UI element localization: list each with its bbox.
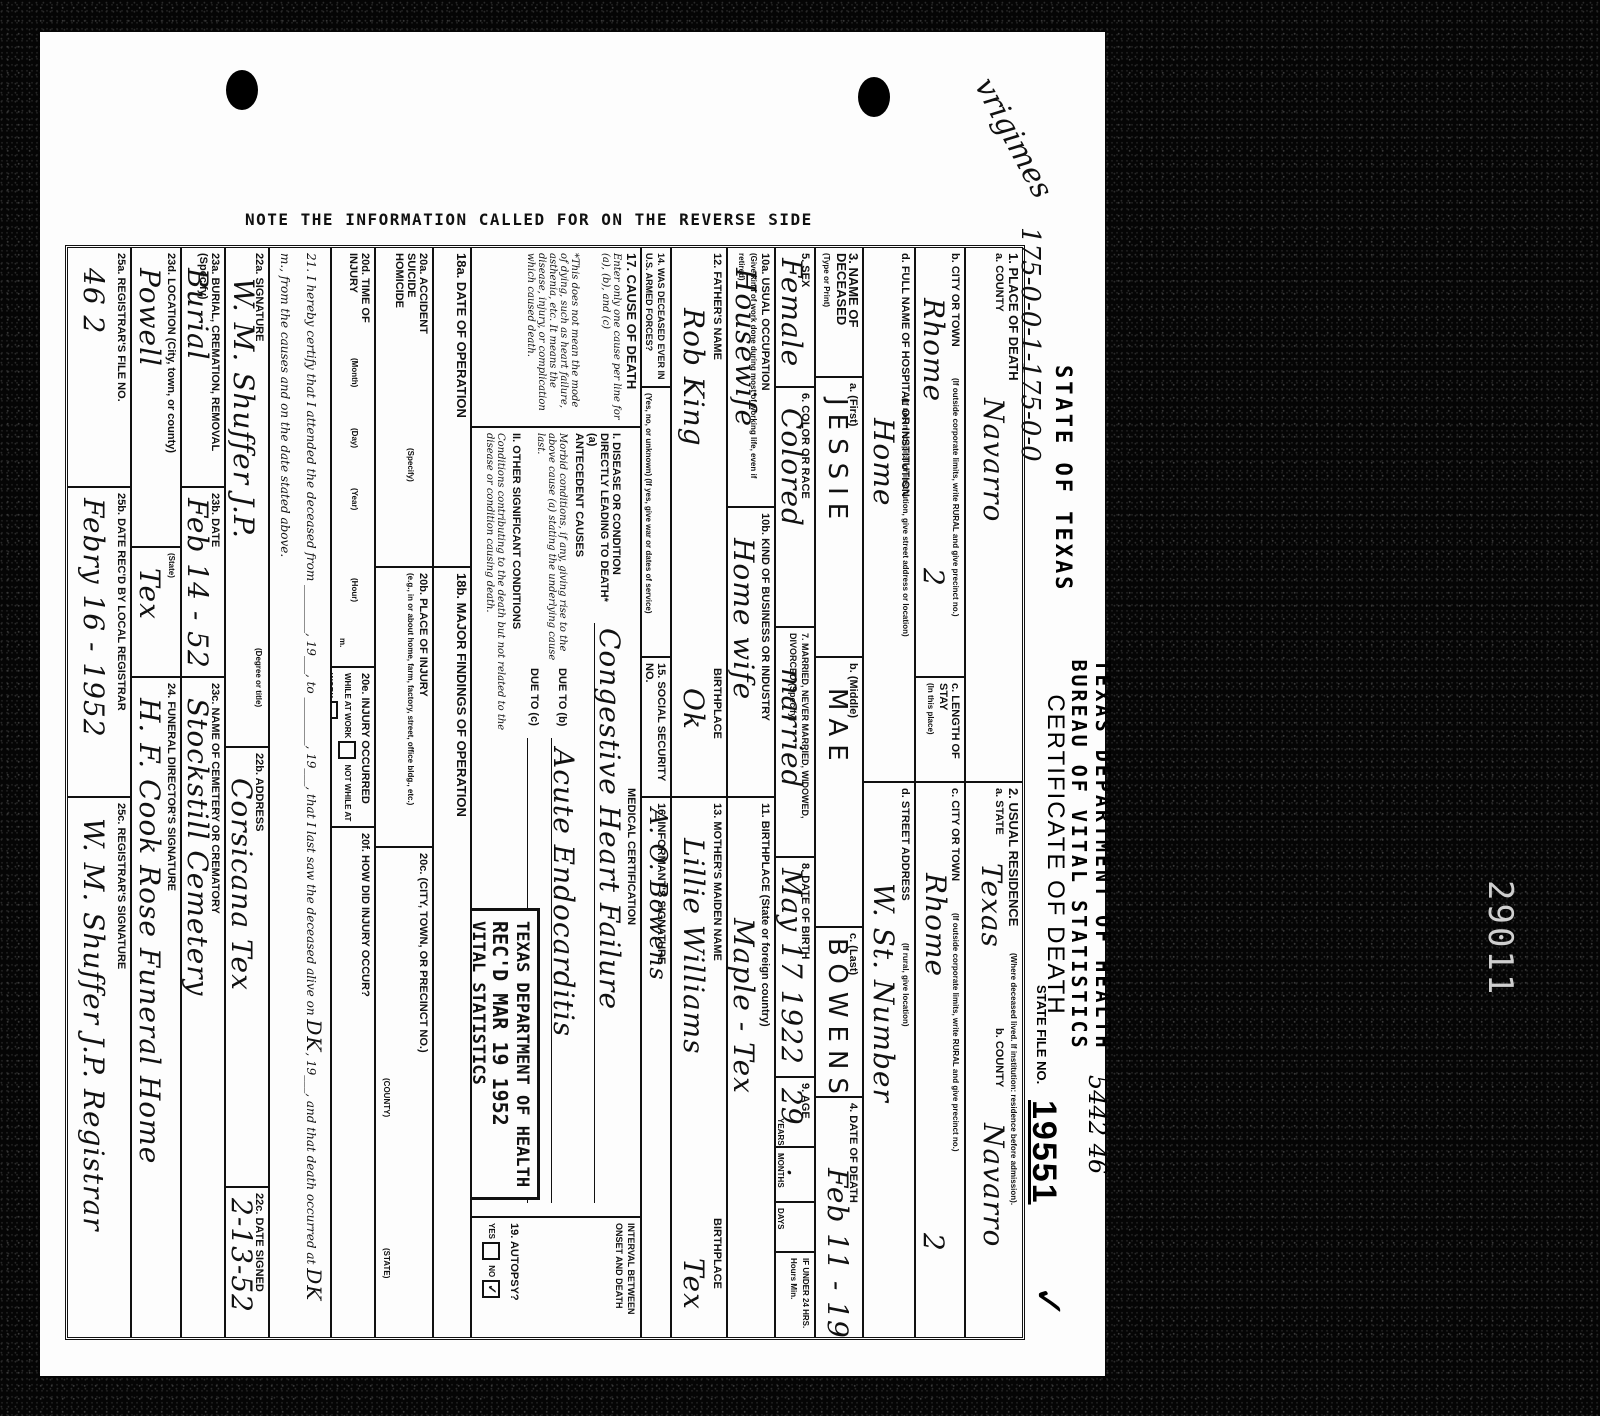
interval-label: INTERVAL BETWEEN ONSET AND DEATH xyxy=(613,1223,637,1338)
street-note: (If rural, give location) xyxy=(899,943,911,1027)
row-sex-race-dob: 5. SEX Female 6. COLOR OR RACE Colored 7… xyxy=(774,248,814,1337)
while-at-work-label: WHILE AT WORK xyxy=(343,673,352,738)
row-hospital-street: d. FULL NAME OF HOSPITAL OR INSTITUTION … xyxy=(862,248,914,1337)
due-to-c-label: DUE TO (c) xyxy=(528,668,540,726)
name-note: (Type or Print) xyxy=(820,253,832,307)
department-title: TEXAS DEPARTMENT OF HEALTH BUREAU OF VIT… xyxy=(1043,645,1115,1065)
row-city: b. CITY OR TOWN (If outside corporate li… xyxy=(914,248,964,1337)
ssn-label: 15. SOCIAL SECURITY NO. xyxy=(643,663,667,796)
street-value: W. St. Number xyxy=(867,883,900,1103)
age-under-24-label: IF UNDER 24 HRS. Hours Min. xyxy=(787,1258,811,1338)
state-file-number: 19551 xyxy=(1024,1100,1063,1205)
autopsy-options: YES NO✓ xyxy=(482,1223,500,1301)
dept-line-2: BUREAU OF VITAL STATISTICS xyxy=(1067,645,1091,1065)
death-county-value: Navarro xyxy=(977,398,1010,522)
injury-m-label: m. xyxy=(336,638,348,647)
registrar-signature-label: 25c. REGISTRAR'S SIGNATURE xyxy=(115,803,127,969)
punch-hole xyxy=(226,70,258,110)
operation-findings-label: 18b. MAJOR FINDINGS OF OPERATION xyxy=(455,573,467,817)
injury-month-label: (Month) xyxy=(348,358,360,387)
form-grid: 1. PLACE OF DEATH a. COUNTY Navarro 2. U… xyxy=(65,245,1025,1340)
antecedent-note: Morbid conditions, if any, giving rise t… xyxy=(535,433,568,663)
mother-birthplace-value: Tex xyxy=(677,1258,710,1310)
residence-precinct-value: 2 xyxy=(917,1233,950,1252)
sex-value: Female xyxy=(776,258,808,367)
injury-place-label: 20b. PLACE OF INJURY xyxy=(417,573,429,697)
injury-type-note: (Specify) xyxy=(404,448,416,482)
dept-line-1: TEXAS DEPARTMENT OF HEALTH xyxy=(1091,645,1115,1065)
name-label: 3. NAME OF DECEASED xyxy=(835,253,859,376)
mother-birthplace-label: BIRTHPLACE xyxy=(711,1218,723,1289)
burial-location-value: Powell xyxy=(133,268,166,367)
marital-value: married xyxy=(776,668,808,788)
business-label: 10b. KIND OF BUSINESS OR INDUSTRY xyxy=(759,513,771,721)
death-time-value: DK xyxy=(302,1268,326,1301)
residence-city-value: Rhome xyxy=(919,873,952,977)
registrar-signature: W. M. Shuffer J.P. Registrar xyxy=(77,818,110,1232)
registrar-date-label: 25b. DATE REC'D BY LOCAL REGISTRAR xyxy=(115,493,127,711)
injury-day-label: (Day) xyxy=(348,428,360,448)
length-of-stay-label: c. LENGTH OF STAY xyxy=(937,683,961,781)
death-city-label: b. CITY OR TOWN xyxy=(949,253,961,347)
while-at-work-checkbox[interactable] xyxy=(338,741,356,759)
usual-residence-label: 2. USUAL RESIDENCE xyxy=(1007,788,1019,926)
injury-county-label: (COUNTY) xyxy=(380,1078,392,1117)
injury-hour-label: (Hour) xyxy=(348,578,360,602)
registrar-file-label: 25a. REGISTRAR'S FILE NO. xyxy=(115,253,127,402)
place-of-death-label: 1. PLACE OF DEATH xyxy=(1007,253,1019,381)
burial-state-label: (State) xyxy=(165,553,177,578)
autopsy-no-checkbox-checked[interactable]: ✓ xyxy=(482,1280,500,1298)
stamp-line-3: VITAL STATISTICS xyxy=(472,921,489,1187)
row-place-residence-1: 1. PLACE OF DEATH a. COUNTY Navarro 2. U… xyxy=(964,248,1022,1337)
form-header: STATE OF TEXAS TEXAS DEPARTMENT OF HEALT… xyxy=(1027,245,1115,1340)
birthplace-value: Maple - Tex xyxy=(728,918,760,1094)
other-conditions-note: Conditions contributing to the death but… xyxy=(484,433,506,763)
mother-value: Lillie Williams xyxy=(677,838,710,1055)
residence-state-label: a. STATE xyxy=(993,788,1005,835)
antecedent-label: ANTECEDENT CAUSES xyxy=(573,433,585,557)
dob-value: May 17 1922 xyxy=(776,868,808,1065)
row-medical: 17. CAUSE OF DEATH Enter only one cause … xyxy=(470,248,640,1337)
row-injury-1: 20a. ACCIDENT SUICIDE HOMICIDE (Specify)… xyxy=(374,248,432,1337)
row-parents: 12. FATHER'S NAME Rob King BIRTHPLACE Ok… xyxy=(670,248,726,1337)
birthplace-label: 11. BIRTHPLACE (State or foreign country… xyxy=(759,803,771,1027)
row-operation: 18a. DATE OF OPERATION 18b. MAJOR FINDIN… xyxy=(432,248,470,1337)
cause-footnote: *This does not mean the mode of dying, s… xyxy=(525,253,580,418)
first-name-value: JESSIE xyxy=(822,398,852,527)
death-city-note: (If outside corporate limits, write RURA… xyxy=(949,378,961,617)
length-of-stay-note: (In this place) xyxy=(924,683,936,735)
punch-hole xyxy=(858,77,890,117)
certificate-form: STATE OF TEXAS TEXAS DEPARTMENT OF HEALT… xyxy=(65,245,1025,1340)
injury-time-label: 20d. TIME OF INJURY xyxy=(347,253,371,333)
not-while-at-work-checkbox[interactable] xyxy=(332,701,338,719)
checkmark: ✓ xyxy=(1025,1285,1071,1319)
father-birthplace-label: BIRTHPLACE xyxy=(711,668,723,739)
occupation-value: Housewife xyxy=(729,268,762,427)
injury-work-options: WHILE AT WORK NOT WHILE AT WORK xyxy=(332,673,356,826)
residence-county-label: b. COUNTY xyxy=(993,1028,1005,1087)
hospital-value: Home xyxy=(867,418,900,506)
informant-signature: A. O. Bowens xyxy=(644,808,670,981)
other-conditions-label: II. OTHER SIGNIFICANT CONDITIONS xyxy=(510,433,522,629)
residence-state-value: Texas xyxy=(975,863,1008,948)
operation-date-label: 18a. DATE OF OPERATION xyxy=(455,253,467,418)
injury-type-label: 20a. ACCIDENT SUICIDE HOMICIDE xyxy=(393,253,429,343)
burial-state-value: Tex xyxy=(133,568,166,620)
autopsy-yes-label: YES xyxy=(487,1223,496,1239)
age-months-value: . xyxy=(781,1168,814,1178)
last-name-value: BOWENS xyxy=(822,938,852,1098)
residence-county-value: Navarro xyxy=(977,1123,1010,1247)
physician-signature: W. M. Shuffer J.P. xyxy=(227,278,260,539)
row-name: 3. NAME OF DECEASED (Type or Print) a. (… xyxy=(814,248,862,1337)
burial-location-label: 23d. LOCATION (City, town, or county) xyxy=(165,253,177,453)
reverse-side-note: NOTE THE INFORMATION CALLED FOR ON THE R… xyxy=(245,210,965,229)
injury-occurred-label: 20e. INJURY OCCURRED xyxy=(359,673,371,804)
stamp-line-1: TEXAS DEPARTMENT OF HEALTH xyxy=(511,921,533,1187)
row-burial: 23a. BURIAL, CREMATION, REMOVAL (Specify… xyxy=(180,248,224,1337)
row-certification: 21. I hereby certify that I attended the… xyxy=(268,248,330,1337)
row-signature: 22a. SIGNATURE W. M. Shuffer J.P. (Degre… xyxy=(224,248,268,1337)
injury-how-label: 20f. HOW DID INJURY OCCUR? xyxy=(359,833,371,997)
row-occupation: 10a. USUAL OCCUPATION (Give kind of work… xyxy=(726,248,774,1337)
burial-value: Burial xyxy=(182,268,214,361)
date-of-death-value: Feb 11 - 1952 xyxy=(821,1168,854,1338)
received-stamp: TEXAS DEPARTMENT OF HEALTH REC'D MAR 19 … xyxy=(472,908,540,1200)
armed-forces-note: (Yes, no, or unknown) (If yes, give war … xyxy=(642,393,654,614)
autopsy-label: 19. AUTOPSY? xyxy=(508,1223,520,1301)
autopsy-yes-checkbox[interactable] xyxy=(482,1242,500,1260)
side-stamp-number: 29011 xyxy=(1480,880,1520,997)
funeral-director-label: 24. FUNERAL DIRECTOR'S SIGNATURE xyxy=(165,683,177,891)
immediate-cause-label: I. DISEASE OR CONDITION DIRECTLY LEADING… xyxy=(586,433,622,613)
age-years-label: YEARS xyxy=(776,1118,786,1146)
father-value: Rob King xyxy=(677,308,710,447)
row-injury-2: 20d. TIME OF INJURY (Month) (Day) (Year)… xyxy=(330,248,374,1337)
death-city-value: Rhome xyxy=(917,298,950,402)
last-seen-alive-value: DK xyxy=(302,1019,326,1052)
middle-name-value: MAE xyxy=(822,688,852,769)
street-label: d. STREET ADDRESS xyxy=(899,788,911,901)
age-days-label: DAYS xyxy=(776,1208,786,1230)
business-value: Home wife xyxy=(728,538,760,700)
cause-note: Enter only one cause per line for (a), (… xyxy=(600,253,622,426)
date-signed-value: 2-13-52 xyxy=(226,1198,258,1313)
cemetery-value: Stockstill Cemetery xyxy=(182,698,214,996)
death-precinct-value: 2 xyxy=(917,568,950,587)
father-birthplace-value: Ok xyxy=(677,688,710,730)
injury-location-label: 20c. (CITY, TOWN, OR PRECINCT NO.) xyxy=(417,853,429,1053)
registrar-file-value: 46 2 xyxy=(77,268,110,334)
armed-forces-label: 14. WAS DECEASED EVER IN U.S. ARMED FORC… xyxy=(643,253,667,386)
registrar-date-value: Febry 16 - 1952 xyxy=(77,498,110,738)
residence-city-label: c. CITY OR TOWN xyxy=(949,788,961,881)
mother-label: 13. MOTHER'S MAIDEN NAME xyxy=(711,803,723,961)
injury-state-label: (STATE) xyxy=(380,1248,392,1278)
medical-certification-label: MEDICAL CERTIFICATION xyxy=(625,788,637,925)
physician-address-value: Corsicana Tex xyxy=(226,778,258,991)
degree-label: (Degree or title) xyxy=(252,648,264,707)
certification-statement: 21. I hereby certify that I attended the… xyxy=(272,253,327,1323)
autopsy-no-label: NO xyxy=(487,1265,496,1277)
hospital-note: (If not in hospital or institution, give… xyxy=(899,398,911,637)
funeral-director-signature: H. F. Cook Rose Funeral Home xyxy=(133,698,166,1164)
handwritten-reference: 5442 46 xyxy=(1083,1075,1111,1174)
margin-handwriting: vrigimes xyxy=(967,72,1060,204)
due-to-b-label: DUE TO (b) xyxy=(556,668,568,726)
stamp-line-2: REC'D MAR 19 1952 xyxy=(489,921,511,1187)
row-armed-forces: 14. WAS DECEASED EVER IN U.S. ARMED FORC… xyxy=(640,248,670,1337)
race-value: Colored xyxy=(776,408,808,527)
row-location-funeral: 23d. LOCATION (City, town, or county) Po… xyxy=(130,248,180,1337)
row-registrar: 25a. REGISTRAR'S FILE NO. 46 2 25b. DATE… xyxy=(68,248,130,1337)
immediate-cause-value: Congestive Heart Failure xyxy=(593,628,626,1010)
injury-place-note: (e.g., in or about home, farm, factory, … xyxy=(404,573,416,805)
father-label: 12. FATHER'S NAME xyxy=(711,253,723,360)
state-file-label: STATE FILE NO. xyxy=(1034,985,1049,1084)
burial-date-value: Feb 14 - 52 xyxy=(182,498,214,669)
injury-year-label: (Year) xyxy=(348,488,360,510)
death-county-label: a. COUNTY xyxy=(993,253,1005,312)
state-title: STATE OF TEXAS xyxy=(1050,365,1075,592)
cause-of-death-label: 17. CAUSE OF DEATH xyxy=(625,253,637,389)
